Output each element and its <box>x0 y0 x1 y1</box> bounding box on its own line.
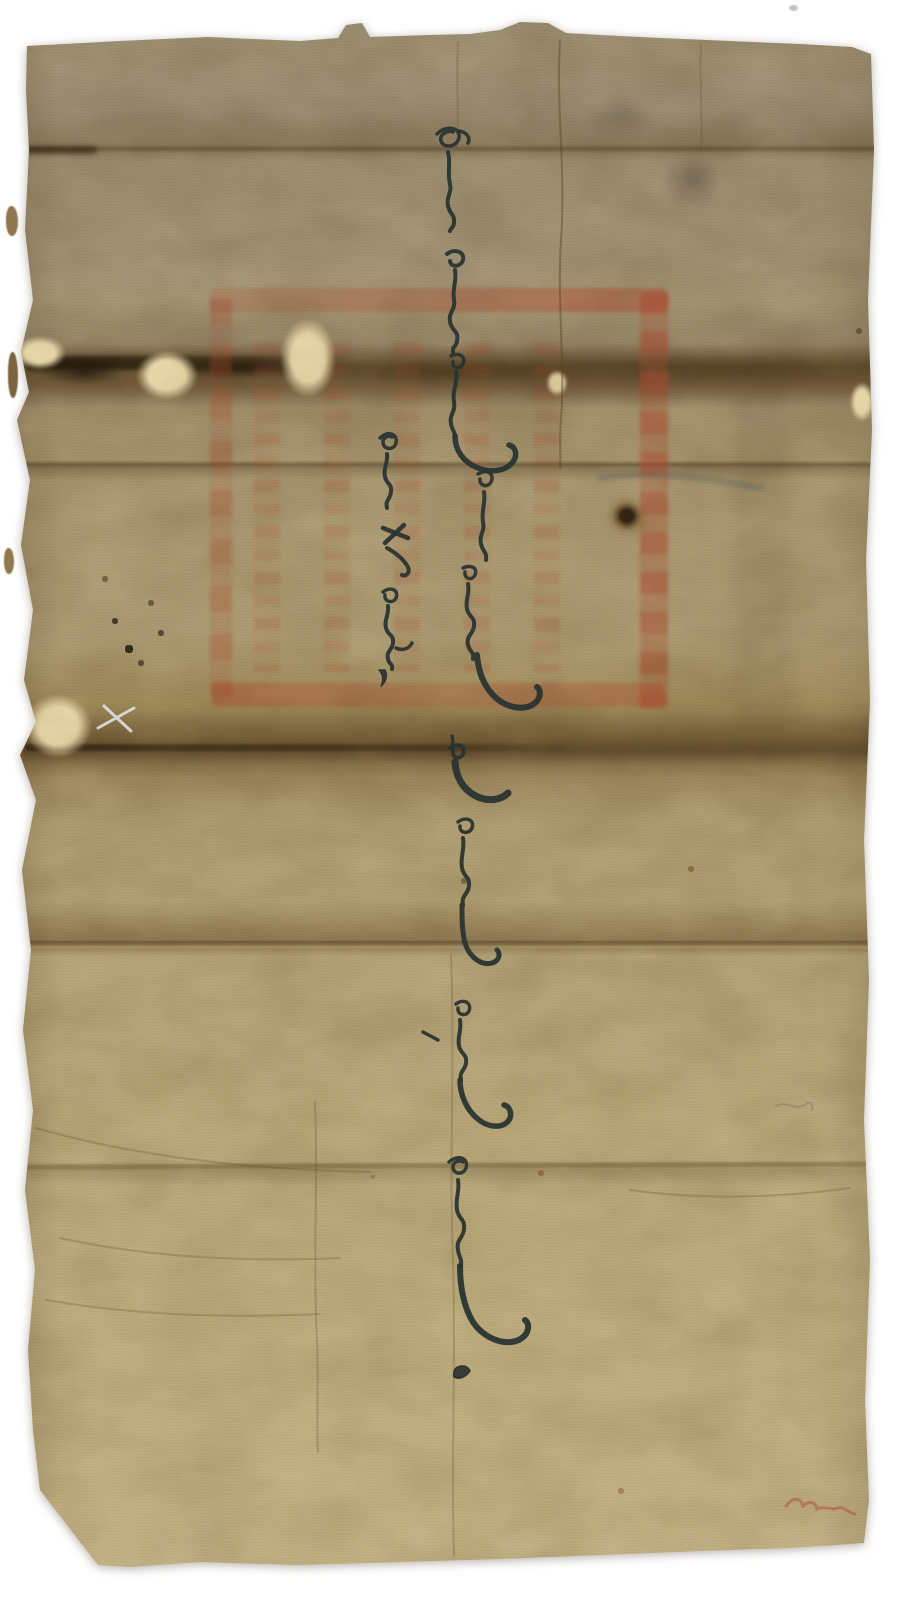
wrinkle-line <box>46 1300 320 1316</box>
ink-stroke-main <box>481 492 487 560</box>
ink-stroke-main <box>478 472 492 486</box>
ink-stroke-main <box>456 1001 470 1014</box>
ink-stroke-main <box>458 819 473 832</box>
red-scribble-mark <box>786 1499 855 1514</box>
wrinkle-line <box>60 1238 340 1259</box>
white-x-mark <box>98 706 134 731</box>
ink-stroke-main <box>462 905 499 964</box>
ink-stroke-main <box>457 1180 465 1266</box>
ink-stroke-main <box>451 354 464 367</box>
ink-stroke-main <box>452 736 453 750</box>
wrinkle-line <box>36 1128 370 1172</box>
crease-lines <box>36 40 850 1556</box>
paper-wrap <box>0 0 907 1600</box>
vertical-crease <box>451 955 454 1556</box>
side-vertical-text-column <box>379 434 412 686</box>
ink-stroke-main <box>460 1080 511 1126</box>
script-layer <box>0 0 907 1600</box>
pencil-scribble-mark <box>776 1103 813 1110</box>
ink-stroke-side <box>396 643 412 649</box>
gray-smudge <box>600 475 760 488</box>
ink-stroke-main <box>462 838 470 905</box>
ink-stroke-main <box>455 436 516 471</box>
ink-end-mark <box>454 1366 470 1378</box>
ink-stroke-main <box>459 1020 467 1080</box>
ink-comma-mark <box>379 670 386 686</box>
ink-stroke-side <box>387 548 409 575</box>
vertical-crease <box>700 44 701 150</box>
ink-stroke-main <box>455 762 508 800</box>
vertical-crease <box>315 1102 318 1452</box>
wrinkle-line <box>630 1188 850 1197</box>
ink-stroke-side <box>386 606 394 669</box>
ink-stroke-main <box>448 152 455 231</box>
ink-stroke-main <box>477 655 540 708</box>
main-vertical-text-column <box>423 128 540 1378</box>
ink-stroke-main <box>460 1266 528 1342</box>
ink-stroke-main <box>451 372 457 436</box>
ink-stroke-side <box>380 434 396 449</box>
stain-specks <box>0 0 2 2</box>
paper-sheet <box>0 0 907 1600</box>
ink-stroke-main <box>450 270 458 352</box>
ink-stroke-main <box>447 251 463 266</box>
ink-stroke-main <box>467 584 475 659</box>
vertical-crease <box>559 40 562 468</box>
ink-stroke-main <box>423 1032 438 1040</box>
ink-stroke-main <box>437 128 459 146</box>
ink-stroke-main <box>463 566 476 578</box>
ink-stroke-side <box>385 454 392 508</box>
ink-stroke-side <box>383 589 397 601</box>
document-scan <box>0 0 907 1600</box>
